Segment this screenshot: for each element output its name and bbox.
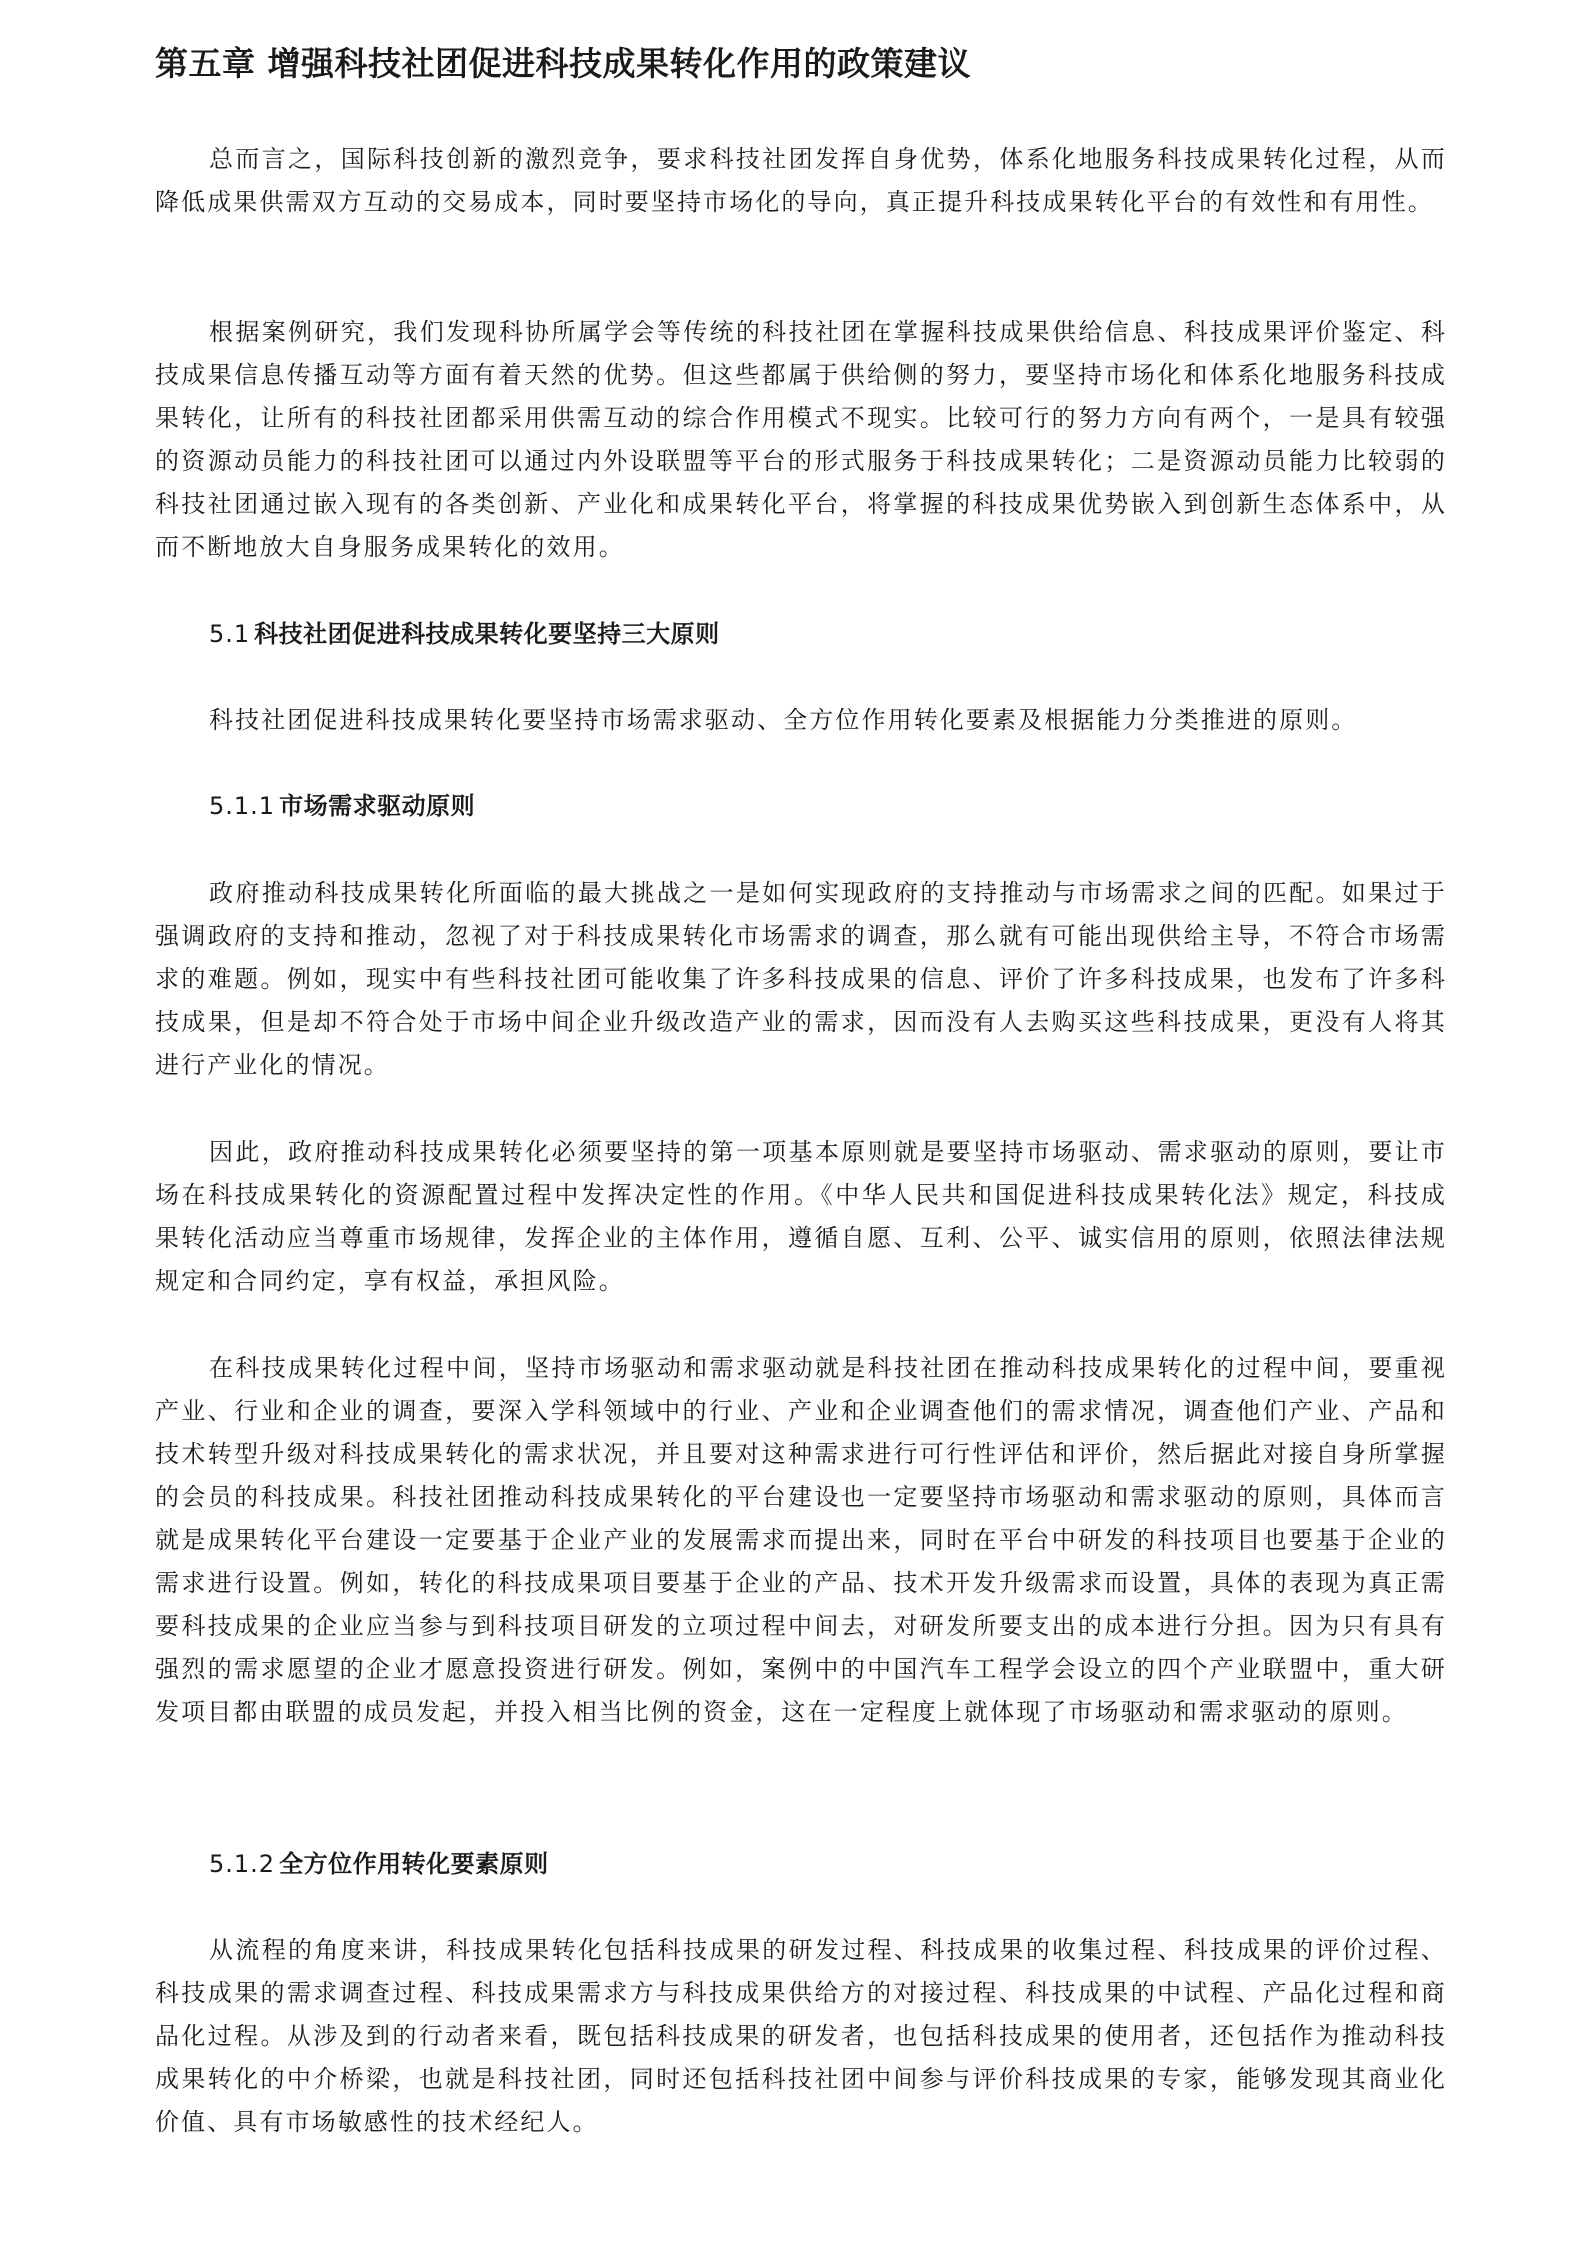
section-title: 市场需求驱动原则 — [279, 792, 475, 820]
section-heading-5-1-1: 5.1.1市场需求驱动原则 — [209, 785, 475, 828]
paragraph-government-challenge: 政府推动科技成果转化所面临的最大挑战之一是如何实现政府的支持推动与市场需求之间的… — [155, 872, 1447, 1087]
section-title: 全方位作用转化要素原则 — [279, 1850, 549, 1878]
section-heading-5-1: 5.1科技社团促进科技成果转化要坚持三大原则 — [209, 613, 720, 656]
section-title: 科技社团促进科技成果转化要坚持三大原则 — [254, 620, 720, 648]
paragraph-demand-driven: 在科技成果转化过程中间，坚持市场驱动和需求驱动就是科技社团在推动科技成果转化的过… — [155, 1347, 1447, 1734]
paragraph-summary: 总而言之，国际科技创新的激烈竞争，要求科技社团发挥自身优势，体系化地服务科技成果… — [155, 138, 1447, 224]
paragraph-three-principles: 科技社团促进科技成果转化要坚持市场需求驱动、全方位作用转化要素及根据能力分类推进… — [155, 699, 1447, 742]
paragraph-process-view: 从流程的角度来讲，科技成果转化包括科技成果的研发过程、科技成果的收集过程、科技成… — [155, 1929, 1447, 2144]
paragraph-case-study: 根据案例研究，我们发现科协所属学会等传统的科技社团在掌握科技成果供给信息、科技成… — [155, 311, 1447, 569]
chapter-title: 第五章 增强科技社团促进科技成果转化作用的政策建议 — [155, 38, 971, 85]
section-heading-5-1-2: 5.1.2全方位作用转化要素原则 — [209, 1843, 549, 1886]
paragraph-market-driven: 因此，政府推动科技成果转化必须要坚持的第一项基本原则就是要坚持市场驱动、需求驱动… — [155, 1131, 1447, 1303]
section-number: 5.1.1 — [209, 792, 275, 820]
section-number: 5.1.2 — [209, 1850, 275, 1878]
section-number: 5.1 — [209, 620, 250, 648]
